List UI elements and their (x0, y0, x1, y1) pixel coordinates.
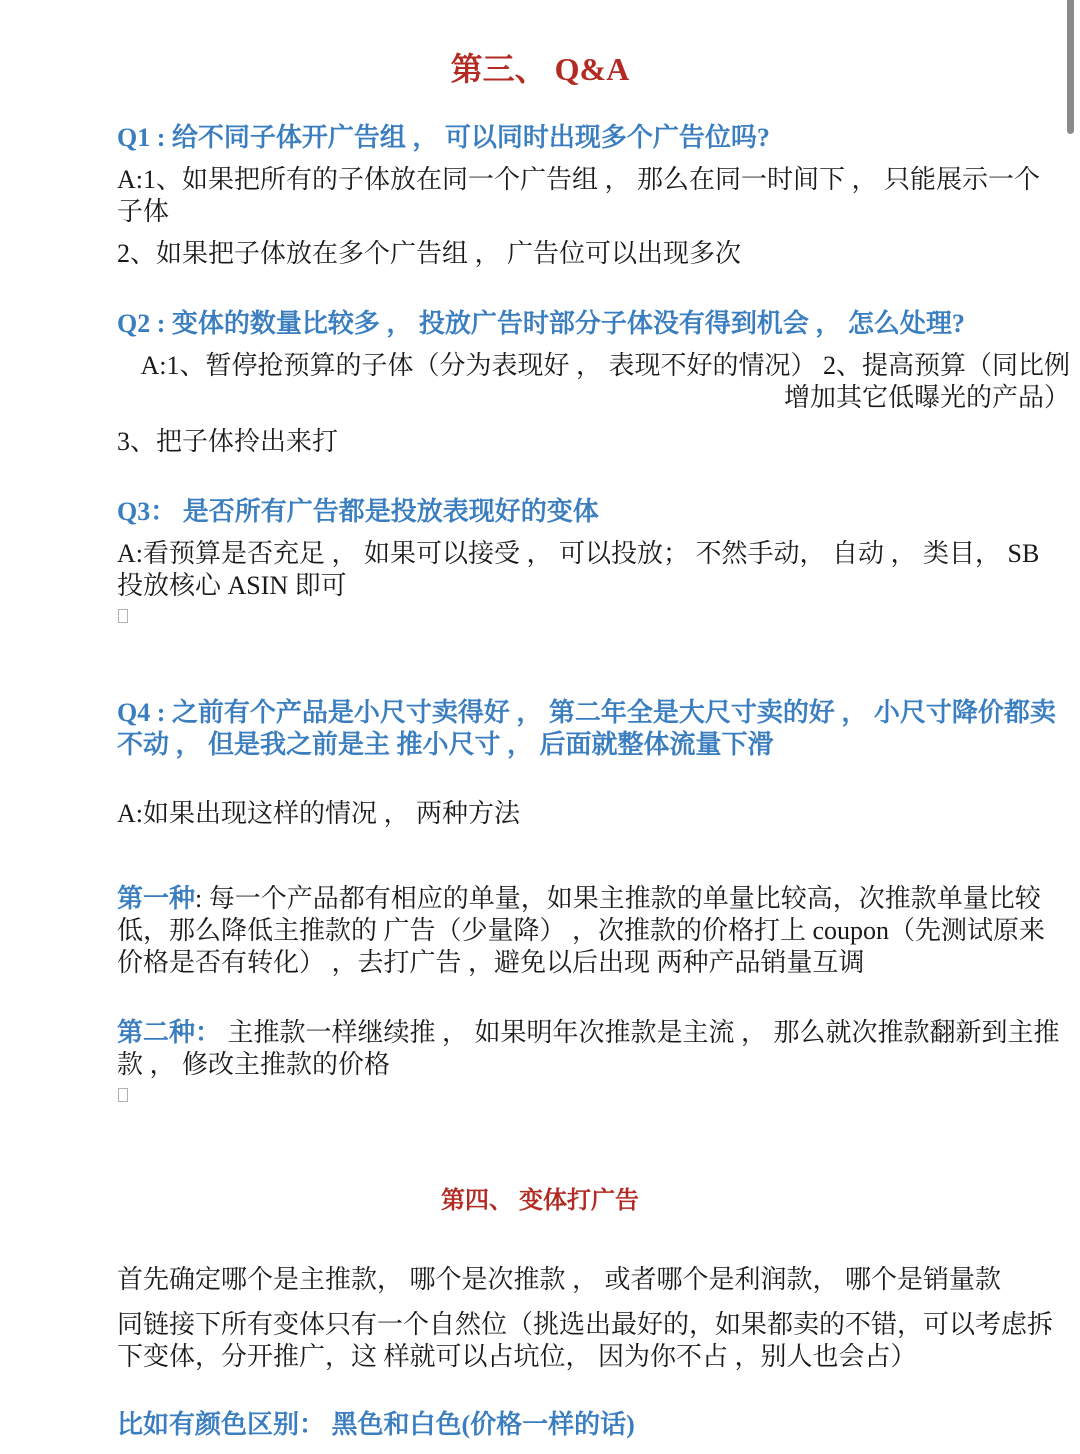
method-1-text: : 每一个产品都有相应的单量，如果主推款的单量比较高，次推款单量比较低，那么降低… (117, 884, 1045, 977)
question-4: Q4 : 之前有个产品是小尺寸卖得好 ， 第二年全是大尺寸卖的好 ， 小尺寸降价… (117, 697, 1062, 761)
answer-4-1: A:如果出现这样的情况 ， 两种方法 (117, 798, 1062, 830)
highlight-line: 比如有颜色区别： 黑色和白色(价格一样的话) (117, 1409, 1062, 1441)
question-2: Q2 : 变体的数量比较多 ， 投放广告时部分子体没有得到机会 ， 怎么处理? (117, 308, 1062, 340)
section-title-qa: 第三、 Q&A (0, 44, 1080, 90)
answer-1-1: A:1、如果把所有的子体放在同一个广告组 ， 那么在同一时间下 ， 只能展示一个… (117, 164, 1062, 228)
question-1: Q1 : 给不同子体开广告组 ， 可以同时出现多个广告位吗? (117, 122, 1062, 154)
answer-1-2: 2、如果把子体放在多个广告组 ， 广告位可以出现多次 (117, 238, 1062, 270)
paragraph-2: 同链接下所有变体只有一个自然位（挑选出最好的，如果都卖的不错，可以考虑拆下变体，… (117, 1309, 1062, 1373)
method-1-label: 第一种 (117, 884, 195, 913)
answer-2-1: A:1、暂停抢预算的子体（分为表现好 ， 表现不好的情况） 2、提高预算（同比例… (140, 350, 1070, 414)
question-3: Q3： 是否所有广告都是投放表现好的变体 (117, 496, 1062, 528)
method-2: 第二种： 主推款一样继续推 ， 如果明年次推款是主流 ， 那么就次推款翻新到主推… (117, 1017, 1062, 1081)
method-2-label: 第二种： (117, 1018, 221, 1047)
section-title-variants: 第四、 变体打广告 (0, 1180, 1080, 1215)
placeholder-box (118, 1088, 128, 1102)
paragraph-1: 首先确定哪个是主推款， 哪个是次推款 ， 或者哪个是利润款， 哪个是销量款 (117, 1264, 1062, 1296)
answer-3-1: A:看预算是否充足 ， 如果可以接受 ， 可以投放； 不然手动， 自动 ， 类目… (117, 538, 1062, 602)
method-2-text: 主推款一样继续推 ， 如果明年次推款是主流 ， 那么就次推款翻新到主推款 ， 修… (117, 1018, 1060, 1079)
method-1: 第一种: 每一个产品都有相应的单量，如果主推款的单量比较高，次推款单量比较低，那… (117, 883, 1062, 979)
answer-2-2: 3、把子体拎出来打 (117, 426, 1062, 458)
placeholder-box (118, 609, 128, 623)
